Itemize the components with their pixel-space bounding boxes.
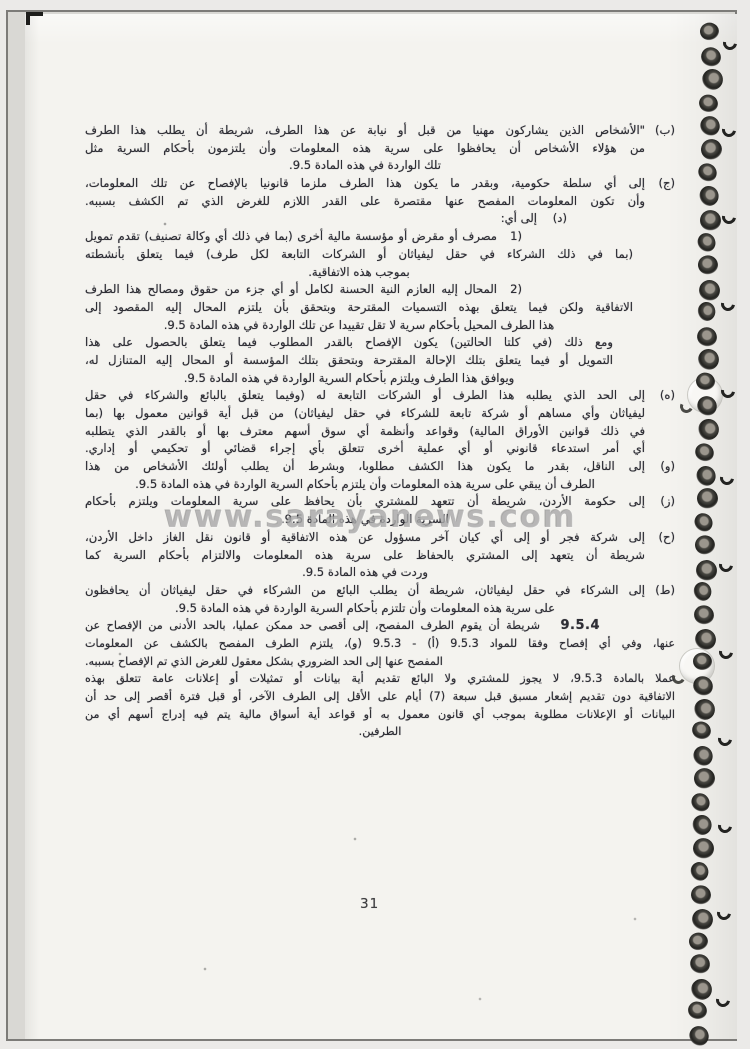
text-line: على سرية هذه المعلومات وأن تلتزم بأحكام … bbox=[85, 600, 645, 618]
corner-mark bbox=[26, 12, 44, 30]
list-item: (ط)إلى الشركاء في حقل ليفياثان، شريطة أن… bbox=[85, 582, 675, 617]
text-line: أي أمر استدعاء قانوني أو أي عملية أخرى ت… bbox=[85, 440, 645, 458]
text-line: "الأشخاص الذين يشاركون مهنيا من قبل أو ن… bbox=[85, 122, 645, 140]
text-line: ويوافق هذا الطرف ويلتزم بأحكام السرية ال… bbox=[85, 370, 613, 388]
text-line: الاتفاقية دون تقديم إشعار مسبق قبل سبعة … bbox=[85, 688, 675, 706]
spiral-hole bbox=[698, 418, 719, 439]
item-marker: 1) bbox=[510, 228, 522, 246]
document-body: (ب)"الأشخاص الذين يشاركون مهنيا من قبل أ… bbox=[85, 122, 675, 741]
section-item: 9.5.4شريطة أن يقوم الطرف المفصح، إلى أقص… bbox=[85, 617, 675, 741]
list-item: (ه)إلى الحد الذي يطلبه هذا الطرف أو الشر… bbox=[85, 387, 675, 458]
item-marker: 9.5.4 bbox=[560, 617, 600, 635]
list-item: 1)مصرف أو مقرض أو مؤسسة مالية أخرى (بما … bbox=[85, 228, 675, 281]
text-line: الاتفاقية ولكن فيما يتعلق بهذه التسميات … bbox=[85, 299, 633, 317]
list-item: (ح)إلى شركة فجر أو إلى أي كيان آخر مسؤول… bbox=[85, 529, 675, 582]
text-line: هذا الطرف المحيل بأحكام سرية لا تقل تقيي… bbox=[85, 317, 633, 335]
page-number: 31 bbox=[360, 896, 379, 912]
scanned-document-screenshot: { "document": { "page_number": "31", "wa… bbox=[0, 0, 750, 1049]
item-marker: (ط) bbox=[655, 582, 675, 600]
text-line: من هؤلاء الأشخاص أن يحافظوا على سرية هذه… bbox=[85, 140, 645, 158]
text-line: المحال إليه العازم النية الحسنة لكامل أو… bbox=[85, 281, 497, 299]
list-item: ومع ذلك (في كلتا الحالتين) يكون الإفصاح … bbox=[85, 334, 675, 387]
text-line: إلى أي سلطة حكومية، وبقدر ما يكون هذا ال… bbox=[85, 175, 645, 193]
item-marker: (و) bbox=[660, 458, 675, 476]
list-item: 2)المحال إليه العازم النية الحسنة لكامل … bbox=[85, 281, 675, 334]
list-item: (ب)"الأشخاص الذين يشاركون مهنيا من قبل أ… bbox=[85, 122, 675, 175]
list-item: (ج)إلى أي سلطة حكومية، وبقدر ما يكون هذا… bbox=[85, 175, 675, 210]
list-item: (و)إلى الناقل، بقدر ما يكون هذا الكشف مط… bbox=[85, 458, 675, 493]
text-line: الطرفين. bbox=[85, 723, 675, 741]
spiral-hole bbox=[700, 23, 719, 41]
list-item: (د)إلى أي: bbox=[85, 210, 675, 228]
text-line: إلى الناقل، بقدر ما يكون هذا الكشف مطلوب… bbox=[85, 458, 645, 476]
text-line: بموجب هذه الاتفاقية. bbox=[85, 264, 633, 282]
text-line: الطرف أن يبقي على سرية هذه المعلومات وأن… bbox=[85, 476, 645, 494]
text-line: وأن تكون المعلومات المفصح عنها مقتصرة عل… bbox=[85, 193, 645, 211]
item-marker: (ز) bbox=[660, 493, 675, 511]
text-line: مصرف أو مقرض أو مؤسسة مالية أخرى (بما في… bbox=[85, 228, 497, 246]
text-line: إلى أي: bbox=[85, 210, 537, 228]
text-line: التمويل أو فيما يتعلق بتلك الإحالة المقت… bbox=[85, 352, 613, 370]
item-marker: (ه) bbox=[660, 387, 675, 405]
text-line: وردت في هذه المادة 9.5. bbox=[85, 564, 645, 582]
item-marker: (د) bbox=[553, 210, 567, 228]
text-line: في ذلك قوانين الأوراق المالية) وقواعد وأ… bbox=[85, 423, 645, 441]
text-line: ليفياثان وأي مساهم أو شركة تابعة للشركاء… bbox=[85, 405, 645, 423]
text-line: عملا بالمادة 9.5.3، لا يجوز للمشتري ولا … bbox=[85, 670, 675, 688]
text-line: المفصح عنها إلى الحد الضروري بشكل معقول … bbox=[85, 653, 675, 671]
text-line: البيانات أو الإعلانات مطلوبة بموجب أي قا… bbox=[85, 706, 675, 724]
text-line: شريطة أن يقوم الطرف المفصح، إلى أقصى حد … bbox=[85, 617, 540, 635]
text-line: إلى الحد الذي يطلبه هذا الطرف أو الشركات… bbox=[85, 387, 645, 405]
watermark: www.sarayanews.com bbox=[150, 499, 590, 535]
text-line: ومع ذلك (في كلتا الحالتين) يكون الإفصاح … bbox=[85, 334, 613, 352]
text-line: عنها، وفي أي إفصاح وفقا للمواد 9.5.3 (أ)… bbox=[85, 635, 675, 653]
item-marker: 2) bbox=[510, 281, 522, 299]
text-line: إلى الشركاء في حقل ليفياثان، شريطة أن يط… bbox=[85, 582, 645, 600]
text-line: تلك الواردة في هذه المادة 9.5. bbox=[85, 157, 645, 175]
text-line: شريطة أن يتعهد إلى المشتري بالحفاظ على س… bbox=[85, 547, 645, 565]
item-marker: (ب) bbox=[655, 122, 675, 140]
text-line: (بما في ذلك الشركاء في حقل ليفياثان أو ا… bbox=[85, 246, 633, 264]
item-marker: (ج) bbox=[658, 175, 675, 193]
item-marker: (ح) bbox=[658, 529, 675, 547]
